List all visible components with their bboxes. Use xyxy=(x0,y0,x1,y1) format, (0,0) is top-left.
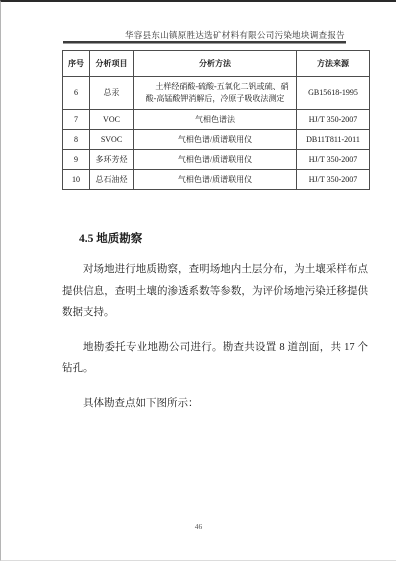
paragraph: 对场地进行地质勘察，查明场地内土层分布，为土壤采样布点提供信息，查明土壤的渗透系… xyxy=(62,259,368,324)
header-rule xyxy=(63,41,346,44)
cell-source: HJ/T 350-2007 xyxy=(297,150,370,170)
col-header-source: 方法来源 xyxy=(297,51,370,77)
cell-method: 气相色谱法 xyxy=(134,110,297,130)
cell-source: GB15618-1995 xyxy=(297,77,370,110)
cell-source: HJ/T 350-2007 xyxy=(297,170,370,190)
cell-item: 总汞 xyxy=(90,77,134,110)
running-header: 华容县东山镇原胜达选矿材料有限公司污染地块调查报告 xyxy=(125,29,345,41)
col-header-item: 分析项目 xyxy=(90,51,134,77)
cell-no: 9 xyxy=(63,150,90,170)
cell-method: 气相色谱/质谱联用仪 xyxy=(134,170,297,190)
cell-source: HJ/T 350-2007 xyxy=(297,110,370,130)
table-row: 8 SVOC 气相色谱/质谱联用仪 DB11T811-2011 xyxy=(63,130,370,150)
cell-method: 气相色谱/质谱联用仪 xyxy=(134,150,297,170)
table-header-row: 序号 分析项目 分析方法 方法来源 xyxy=(63,51,370,77)
table-row: 9 多环芳烃 气相色谱/质谱联用仪 HJ/T 350-2007 xyxy=(63,150,370,170)
cell-item: SVOC xyxy=(90,130,134,150)
analysis-methods-table: 序号 分析项目 分析方法 方法来源 6 总汞 土样经硝酸-硫酸-五氧化二钒或硫、… xyxy=(62,50,370,190)
report-page: 华容县东山镇原胜达选矿材料有限公司污染地块调查报告 序号 分析项目 分析方法 方… xyxy=(0,0,396,561)
cell-item: 总石油烃 xyxy=(90,170,134,190)
cell-no: 6 xyxy=(63,77,90,110)
cell-method: 土样经硝酸-硫酸-五氧化二钒或硫、硝酸-高锰酸钾消解后，冷原子吸收法测定 xyxy=(134,77,297,110)
cell-no: 8 xyxy=(63,130,90,150)
table-row: 7 VOC 气相色谱法 HJ/T 350-2007 xyxy=(63,110,370,130)
paragraph: 地勘委托专业地勘公司进行。勘查共设置 8 道剖面，共 17 个钻孔。 xyxy=(62,337,368,380)
cell-method: 气相色谱/质谱联用仪 xyxy=(134,130,297,150)
col-header-no: 序号 xyxy=(63,51,90,77)
cell-source: DB11T811-2011 xyxy=(297,130,370,150)
table-row: 6 总汞 土样经硝酸-硫酸-五氧化二钒或硫、硝酸-高锰酸钾消解后，冷原子吸收法测… xyxy=(63,77,370,110)
page-number: 46 xyxy=(1,522,396,531)
col-header-method: 分析方法 xyxy=(134,51,297,77)
cell-no: 10 xyxy=(63,170,90,190)
cell-item: VOC xyxy=(90,110,134,130)
table-row: 10 总石油烃 气相色谱/质谱联用仪 HJ/T 350-2007 xyxy=(63,170,370,190)
section-heading: 4.5 地质勘察 xyxy=(79,232,368,246)
cell-item: 多环芳烃 xyxy=(90,150,134,170)
paragraph: 具体勘查点如下图所示： xyxy=(62,393,368,415)
cell-no: 7 xyxy=(63,110,90,130)
section-4-5: 4.5 地质勘察 对场地进行地质勘察，查明场地内土层分布，为土壤采样布点提供信息… xyxy=(62,232,368,414)
